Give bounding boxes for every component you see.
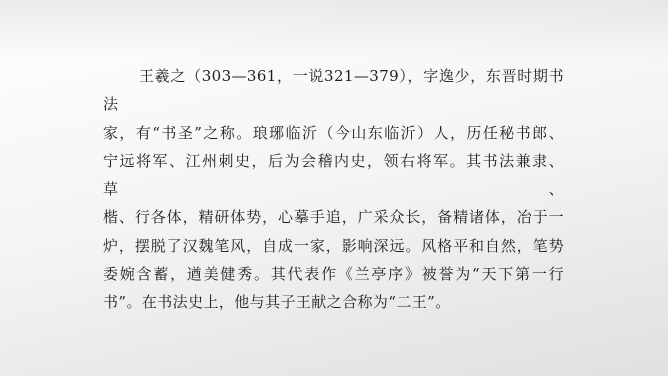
paragraph-line-6: 委婉含蓄，遒美健秀。其代表作《兰亭序》被誉为“天下第一行 — [103, 260, 564, 288]
paragraph-line-2: 家，有“书圣”之称。琅琊临沂（今山东临沂）人，历任秘书郎、 — [103, 119, 564, 147]
paragraph-line-1: 王羲之（303—361，一说321—379），字逸少，东晋时期书法 — [103, 62, 564, 119]
slide-canvas: 王羲之（303—361，一说321—379），字逸少，东晋时期书法 家，有“书圣… — [0, 0, 668, 376]
paragraph-line-4: 楷、行各体，精研体势，心摹手追，广采众长，备精诸体，冶于一 — [103, 203, 564, 231]
paragraph-line-5: 炉，摆脱了汉魏笔风，自成一家，影响深远。风格平和自然，笔势 — [103, 232, 564, 260]
biography-paragraph: 王羲之（303—361，一说321—379），字逸少，东晋时期书法 家，有“书圣… — [103, 62, 564, 317]
paragraph-line-7: 书”。在书法史上，他与其子王献之合称为“二王”。 — [103, 288, 564, 316]
paragraph-line-3: 宁远将军、江州刺史，后为会稽内史，领右将军。其书法兼隶、草、 — [103, 147, 564, 204]
